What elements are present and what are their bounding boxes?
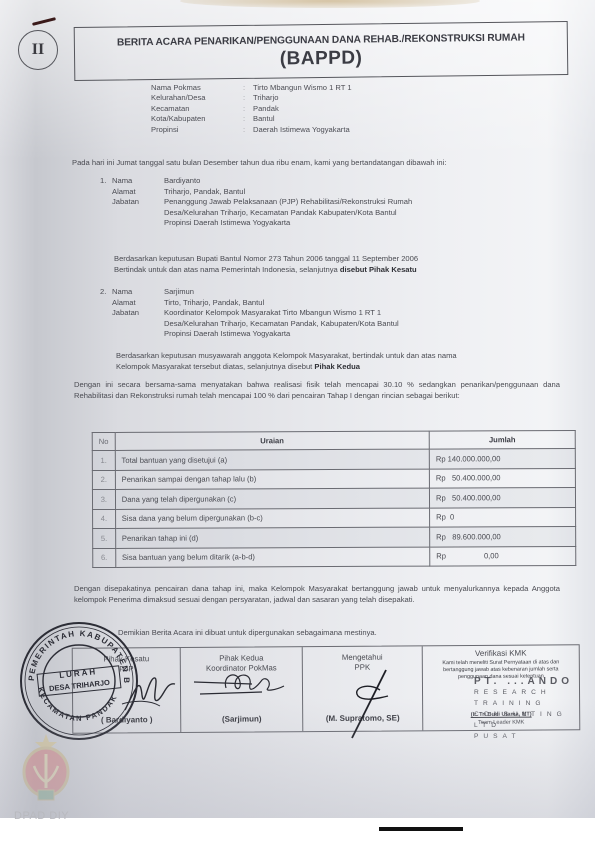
party-one-basis: Berdasarkan keputusan Bupati Bantul Nomo… [114, 254, 418, 263]
verifier-role: Team Leader KMK [423, 719, 579, 726]
party-one-name: Bardiyanto [164, 176, 200, 187]
verifier-name: (Ir. Tri Budi Utama, MT) [423, 711, 579, 718]
table-row: 5.Penarikan tahap ini (d)Rp 89.600.000,0… [93, 526, 576, 548]
identity-row: Kota/Kabupaten:Bantul [151, 114, 352, 124]
table-row: 2.Penarikan sampai dengan tahap lalu (b)… [92, 468, 575, 490]
pokmas-identity: Nama Pokmas:Tirto Mbangun Wismo 1 RT 1 K… [151, 83, 352, 135]
paper-stain [180, 0, 480, 8]
party-two: 2.NamaSarjimun AlamatTirto, Triharjo, Pa… [100, 287, 399, 340]
table-row: 6.Sisa bantuan yang belum ditarik (a-b-d… [93, 546, 576, 568]
verification-title: Verifikasi KMK [423, 648, 579, 658]
rincian-table: No Uraian Jumlah 1.Total bantuan yang di… [92, 430, 577, 568]
table-row: 1.Total bantuan yang disetujui (a)Rp 140… [92, 448, 575, 470]
identity-row: Nama Pokmas:Tirto Mbangun Wismo 1 RT 1 [151, 83, 352, 93]
table-row: 4.Sisa dana yang belum dipergunakan (b-c… [93, 507, 576, 529]
document-subtitle: (BAPPD) [75, 45, 567, 73]
section-number-badge: II [18, 30, 58, 70]
watermark-text: DPAD DIY [14, 810, 69, 822]
closing-sentence: Demikian Berita Acara ini dibuat untuk d… [118, 628, 377, 637]
closing-paragraph: Dengan disepakatinya pencairan dana taha… [74, 584, 560, 606]
svg-text:DESA TRIHARJO: DESA TRIHARJO [49, 678, 111, 693]
party-two-basis: Berdasarkan keputusan musyawarah anggota… [116, 351, 457, 360]
col-no: No [92, 432, 115, 450]
col-uraian: Uraian [115, 431, 429, 450]
scroll-indicator [379, 827, 463, 831]
identity-row: Kelurahan/Desa:Triharjo [151, 93, 352, 103]
village-stamp-icon: PEMERINTAH KABUPATEN BANTUL KECAMATAN PA… [16, 618, 142, 744]
signer-name: (Sarjimun) [181, 714, 302, 724]
table-header-row: No Uraian Jumlah [92, 430, 575, 450]
statement-paragraph: Dengan ini secara bersama-sama menyataka… [74, 380, 560, 402]
svg-text:LURAH: LURAH [59, 667, 98, 680]
col-jumlah: Jumlah [429, 430, 575, 449]
party-two-basis-2: Kelompok Masyarakat tersebut diatas, sel… [116, 362, 360, 371]
company-stamp: PT. ...ANDO RESEARCH TRAINING CONSULTING… [474, 676, 595, 742]
dpad-emblem-icon [14, 732, 78, 806]
identity-row: Propinsi:Daerah Istimewa Yogyakarta [151, 125, 352, 135]
title-box: BERITA ACARA PENARIKAN/PENGGUNAAN DANA R… [74, 21, 569, 81]
party-one: 1.NamaBardiyanto AlamatTriharjo, Pandak,… [100, 176, 412, 229]
scanned-document-page: II BERITA ACARA PENARIKAN/PENGGUNAAN DAN… [0, 0, 595, 818]
signature-pihak-kedua: Pihak KeduaKoordinator PokMas (Sarjimun) [181, 647, 304, 732]
opening-sentence: Pada hari ini Jumat tanggal satu bulan D… [72, 158, 446, 167]
svg-text:KECAMATAN PANDAK: KECAMATAN PANDAK [36, 686, 119, 723]
party-two-name: Sarjimun [164, 287, 194, 298]
signature-mengetahui: MengetahuiPPK (M. Supratomo, SE) [303, 646, 424, 731]
party-one-basis-2: Bertindak untuk dan atas nama Pemerintah… [114, 265, 417, 274]
signer-name: ( Bardiyanto ) [73, 715, 180, 725]
table-row: 3.Dana yang telah dipergunakan (c)Rp 50.… [92, 487, 575, 509]
pen-mark [32, 17, 56, 26]
identity-row: Kecamatan:Pandak [151, 104, 352, 114]
signer-name: (M. Supratomo, SE) [303, 713, 422, 723]
